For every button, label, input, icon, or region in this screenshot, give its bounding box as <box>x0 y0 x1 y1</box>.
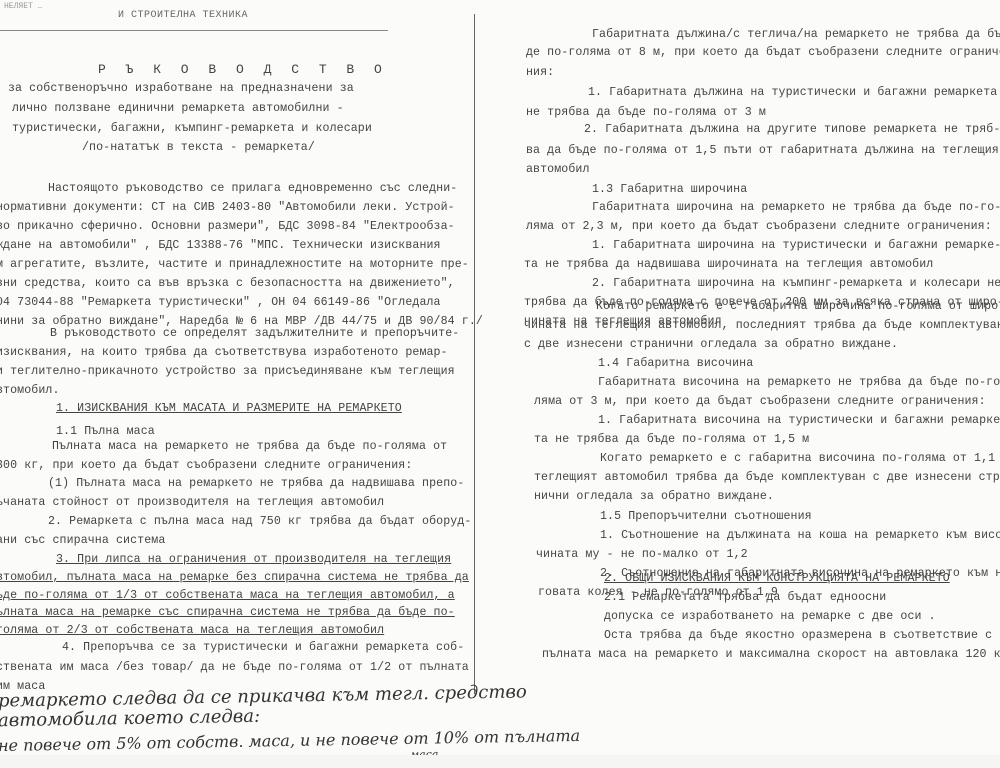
body-line: Габаритната дължина/с теглича/на ремарке… <box>592 28 1000 41</box>
intro-line: втомобил. <box>0 384 60 397</box>
column-divider <box>474 14 475 694</box>
body-line: ълната маса на ремарке със спирачна сист… <box>0 606 455 619</box>
body-line: 1. Габаритната широчина на туристически … <box>592 239 1000 252</box>
intro-line: В ръководството се определят задължителн… <box>50 327 459 340</box>
header-rule <box>0 30 388 31</box>
handwritten-note-line: ремаркето следва да се прикачва към тегл… <box>0 681 527 711</box>
body-line: ва да бъде по-голяма от 1,5 пъти от габа… <box>526 144 999 157</box>
body-line: чината му - не по-малко от 1,2 <box>536 548 748 561</box>
body-line: чината на теглещия автомобил, последният… <box>524 319 1000 332</box>
intro-line: зни средства, които са във връзка с безо… <box>0 277 455 290</box>
section-heading: 1.5 Препоръчителни съотношения <box>600 510 812 523</box>
scanned-document-page: НЕЛЯЕТ … И СТРОИТЕЛНА ТЕХНИКА Р Ъ К О В … <box>0 0 1000 768</box>
body-line: та не трябва да бъде по-голяма от 1,5 м <box>534 433 809 446</box>
body-line: ляма от 2,3 м, при което да бъдат съобра… <box>526 220 992 233</box>
body-line: пълната маса на ремаркето и максимална с… <box>542 648 1000 661</box>
intro-line: и теглително-прикачното устройство за пр… <box>0 365 455 378</box>
body-line: нични огледала за обратно виждане. <box>534 490 774 503</box>
body-line: Габаритната широчина на ремаркето не тря… <box>592 201 1000 214</box>
body-line: ния: <box>526 66 554 79</box>
intro-line: нормативни документи: СТ на СИВ 2403-80 … <box>0 201 455 214</box>
handwritten-note-line: автомобила което следва: <box>0 706 260 732</box>
document-title: Р Ъ К О В О Д С Т В О <box>98 62 388 77</box>
subtitle-line: /по-нататък в текста - ремаркета/ <box>82 141 315 154</box>
handwritten-note-line: не повече от 5% от собств. маса, и не по… <box>0 726 580 755</box>
intro-line: Настоящото ръководство се прилага едновр… <box>48 182 457 195</box>
subtitle-line: лично ползване единични ремаркета автомо… <box>12 102 344 115</box>
body-line: ани със спирачна система <box>0 534 165 547</box>
body-line: втомобил, пълната маса на ремарке без сп… <box>0 571 469 584</box>
body-line: Когато ремаркето е с габаритна височина … <box>600 452 1000 465</box>
body-line: автомобил <box>526 163 590 176</box>
body-line: 4. Препоръчва се за туристически и багаж… <box>62 641 464 654</box>
body-line: Когато ремаркето е с габаритна широчина … <box>596 300 1000 313</box>
section-heading: 1.3 Габаритна широчина <box>592 183 747 196</box>
body-line: 1. Габаритната дължина на туристически и… <box>588 86 997 99</box>
section-1-heading: 1. ИЗИСКВАНИЯ КЪМ МАСАТА И РАЗМЕРИТЕ НА … <box>56 402 402 415</box>
body-line: Габаритната височина на ремаркето не тря… <box>598 376 1000 389</box>
intro-line: м агрегатите, възлите, частите и принадл… <box>0 258 469 271</box>
intro-line: ждане на автомобили" , БДС 13388-76 "МПС… <box>0 239 441 252</box>
body-line: де по-голяма от 8 м, при което да бъдат … <box>526 46 1000 59</box>
subtitle-line: за собственоръчно изработване на предназ… <box>8 82 354 95</box>
body-line: 1. Габаритната височина на туристически … <box>598 414 1000 427</box>
body-line: 2.1 Ремаркетата трябва да бъдат едноосни <box>604 591 886 604</box>
body-line: Оста трябва да бъде якостно оразмерена в… <box>604 629 992 642</box>
subtitle-line: туристически, багажни, къмпинг-ремаркета… <box>12 122 372 135</box>
body-line: 2. Габаритната дължина на другите типове… <box>584 123 1000 136</box>
body-line: с две изнесени странични огледала за обр… <box>524 338 898 351</box>
body-line: ляма от 3 м, при което да бъдат съобразе… <box>534 395 986 408</box>
body-line: ствената им маса /без товар/ да не бъде … <box>0 661 469 674</box>
body-line: 2. Ремаркета с пълна маса над 750 кг тря… <box>48 515 471 528</box>
body-line: (1) Пълната маса на ремаркето не трябва … <box>48 477 464 490</box>
body-line: 2. Габаритната широчина на къмпинг-ремар… <box>592 277 1000 290</box>
header-title: И СТРОИТЕЛНА ТЕХНИКА <box>118 10 248 21</box>
body-line: 300 кг, при което да бъдат съобразени сл… <box>0 459 412 472</box>
section-2-heading: 2. ОБЩИ ИЗИСКВАНИЯ КЪМ КОНСТРУКЦИЯТА НА … <box>604 572 950 585</box>
section-1-1-heading: 1.1 Пълна маса <box>56 425 155 438</box>
section-heading: 1.4 Габаритна височина <box>598 357 753 370</box>
intro-line: во прикачно сферично. Основни размери", … <box>0 220 455 233</box>
body-line: Пълната маса на ремаркето не трябва да б… <box>52 440 447 453</box>
header-top-text: НЕЛЯЕТ … <box>4 2 42 11</box>
body-line: допуска се изработването на ремарке с дв… <box>604 610 936 623</box>
body-line: та не трябва да надвишава широчината на … <box>524 258 933 271</box>
body-line: 3. При липса на ограничения от производи… <box>56 553 451 566</box>
body-line: теглещият автомобил трябва да бъде компл… <box>534 471 1000 484</box>
body-line: не трябва да бъде по-голяма от 3 м <box>526 106 766 119</box>
body-line: 1. Съотношение на дължината на коша на р… <box>600 529 1000 542</box>
body-line: ъде по-голяма от 1/3 от собствената маса… <box>0 589 455 602</box>
intro-line: изисквания, на които трябва да съответст… <box>0 346 448 359</box>
scan-bottom-edge <box>0 755 1000 768</box>
body-line: ъчаната стойност от производителя на тег… <box>0 496 384 509</box>
body-line: голяма от 2/3 от собствената маса на тег… <box>0 624 384 637</box>
intro-line: 04 73044-88 "Ремаркета туристически" , О… <box>0 296 441 309</box>
